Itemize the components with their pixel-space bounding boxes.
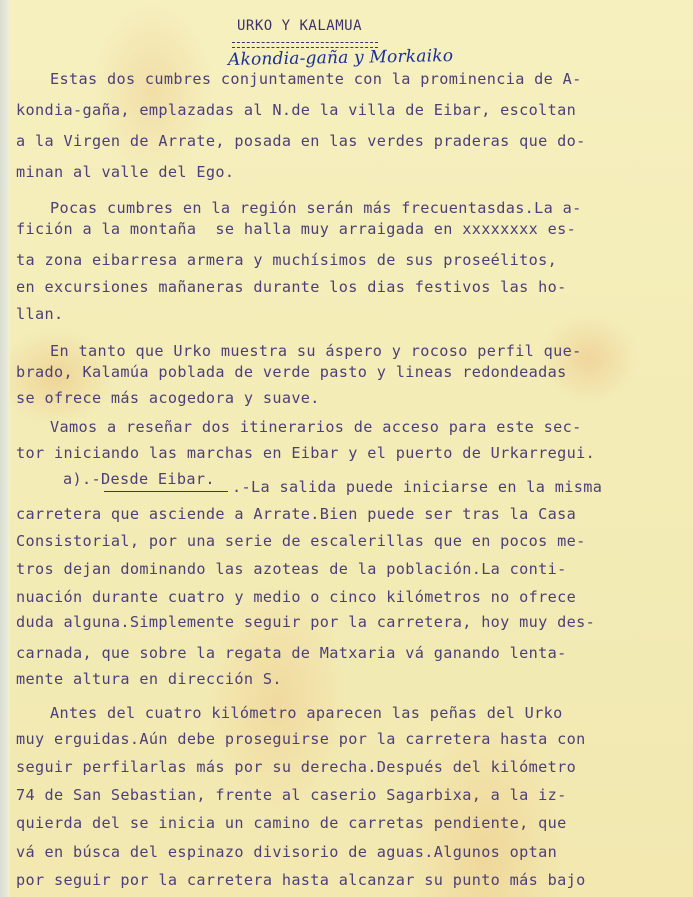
text-line: nuación durante cuatro y medio o cinco k… xyxy=(16,588,576,606)
text-line: llan. xyxy=(16,305,63,323)
text-line: seguir perfilarlas más por su derecha.De… xyxy=(16,758,576,776)
section-heading: a).-Desde Eibar. xyxy=(63,470,215,488)
text-line: brado, Kalamúa poblada de verde pasto y … xyxy=(16,363,567,381)
text-line: ta zona eibarresa armera y muchísimos de… xyxy=(16,251,557,269)
text-line: se ofrece más acogedora y suave. xyxy=(16,389,320,407)
text-line: En tanto que Urko muestra su áspero y ro… xyxy=(50,342,582,360)
text-line: 74 de San Sebastian, frente al caserio S… xyxy=(16,786,567,804)
scan-edge xyxy=(0,0,10,897)
text-line: en excursiones mañaneras durante los dia… xyxy=(16,278,567,296)
document-title: URKO Y KALAMUA xyxy=(237,18,362,34)
text-line: quierda del se inicia un camino de carre… xyxy=(16,814,567,832)
text-line: Vamos a reseñar dos itinerarios de acces… xyxy=(50,418,582,436)
text-line: muy erguidas.Aún debe proseguirse por la… xyxy=(16,730,586,748)
text-line: a la Virgen de Arrate, posada en las ver… xyxy=(16,132,586,150)
text-line: tros dejan dominando las azoteas de la p… xyxy=(16,560,567,578)
text-line: vá en búsca del espinazo divisorio de ag… xyxy=(16,843,557,861)
text-line: kondia-gaña, emplazadas al N.de la villa… xyxy=(16,101,576,119)
text-line: mente altura en dirección S. xyxy=(16,670,282,688)
text-line: tor iniciando las marchas en Eibar y el … xyxy=(16,444,595,462)
text-line: carnada, que sobre la regata de Matxaria… xyxy=(16,644,567,662)
text-line: .-La salida puede iniciarse en la misma xyxy=(232,478,602,496)
text-line: Estas dos cumbres conjuntamente con la p… xyxy=(50,70,582,88)
text-line: fición a la montaña se halla muy arraiga… xyxy=(16,220,576,238)
text-line: por seguir por la carretera hasta alcanz… xyxy=(16,871,586,889)
text-line: minan al valle del Ego. xyxy=(16,163,234,181)
text-line: Pocas cumbres en la región serán más fre… xyxy=(50,199,582,217)
text-line: Consistorial, por una serie de escaleril… xyxy=(16,532,586,550)
text-line: duda alguna.Simplemente seguir por la ca… xyxy=(16,613,595,631)
section-underline xyxy=(104,491,228,492)
text-line: Antes del cuatro kilómetro aparecen las … xyxy=(50,704,563,722)
text-line: carretera que asciende a Arrate.Bien pue… xyxy=(16,505,576,523)
handwritten-annotation: Akondia-gaña y Morkaiko xyxy=(228,46,454,70)
